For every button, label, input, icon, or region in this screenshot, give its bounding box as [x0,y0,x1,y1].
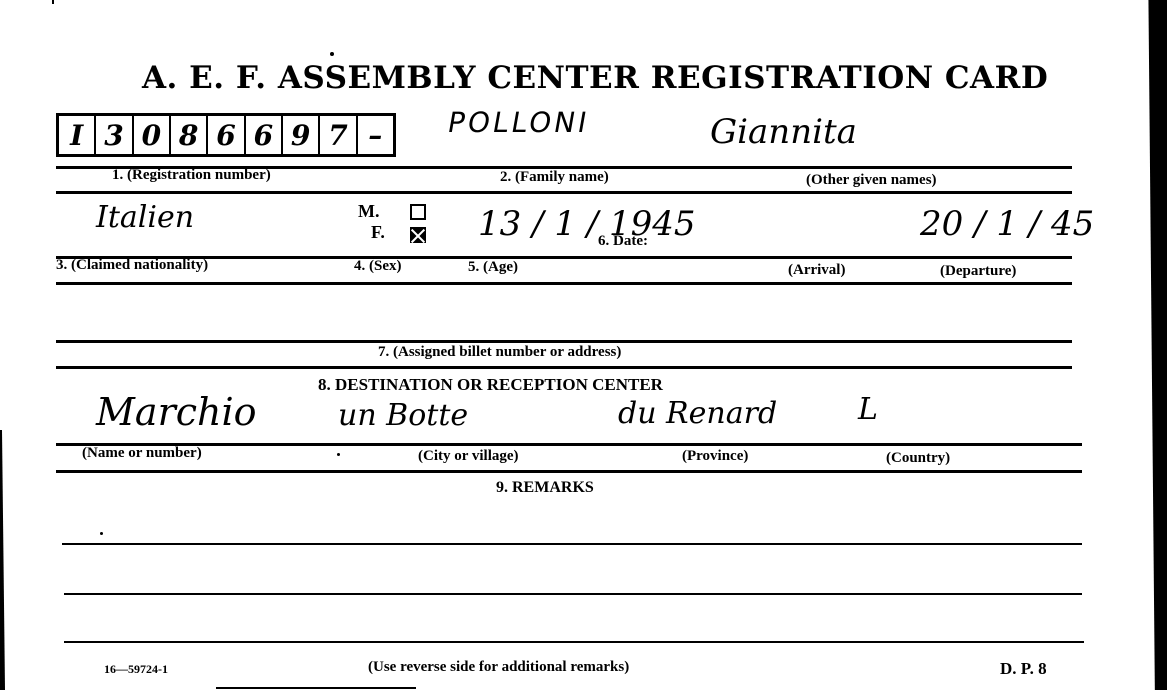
reg-digit: 3 [96,116,133,154]
sex-female-label: F. [371,222,385,243]
claimed-nationality-label: 3. (Claimed nationality) [56,257,208,274]
remarks-line[interactable] [64,593,1082,595]
destination-province-label: (Province) [682,448,748,465]
rule [56,191,1072,194]
registration-number-box[interactable]: I 3 0 8 6 6 9 7 – [56,113,396,157]
destination-province-value[interactable]: du Renard [618,396,777,431]
arrival-date-value[interactable]: 13 / 1 / 1945 [478,204,696,244]
claimed-nationality-value[interactable]: Italien [96,200,194,235]
reg-digit: 8 [171,116,208,154]
reg-digit: 6 [246,116,283,154]
remarks-line[interactable] [64,641,1084,643]
family-name-value[interactable]: POLLONI [445,106,592,139]
date-label: 6. Date: [598,233,648,250]
scan-speck [100,532,103,535]
sex-male-label: M. [358,201,380,222]
destination-name-value[interactable]: Marchio [96,390,257,434]
form-code: D. P. 8 [1000,659,1047,679]
sex-female-checkbox[interactable] [410,227,426,243]
rule [56,256,1072,259]
rule [56,470,1082,473]
departure-date-value[interactable]: 20 / 1 / 45 [920,204,1094,244]
destination-country-label: (Country) [886,450,950,467]
reg-digit: I [59,116,96,154]
scan-speck [337,453,340,456]
rule [56,340,1072,343]
other-given-names-label: (Other given names) [806,172,937,189]
remarks-line[interactable] [62,543,1082,545]
remarks-label: 9. REMARKS [496,479,594,497]
destination-city-value[interactable]: un Botte [338,398,468,433]
reg-digit: 7 [320,116,357,154]
footer-note: (Use reverse side for additional remarks… [368,659,629,676]
destination-name-label: (Name or number) [82,445,202,462]
reg-digit: 9 [283,116,320,154]
sex-label: 4. (Sex) [354,258,402,275]
arrival-label: (Arrival) [788,262,845,279]
scan-artifact [216,687,416,689]
form-number: 16—59724-1 [104,662,168,677]
scan-edge-left [0,430,5,690]
assigned-billet-label: 7. (Assigned billet number or address) [378,344,621,361]
destination-label: 8. DESTINATION OR RECEPTION CENTER [318,375,663,395]
card-title: A. E. F. ASSEMBLY CENTER REGISTRATION CA… [142,60,972,96]
family-name-label: 2. (Family name) [500,169,609,186]
reg-digit: – [358,116,393,154]
scan-speck [330,52,334,56]
destination-city-label: (City or village) [418,448,519,465]
age-label: 5. (Age) [468,259,518,276]
reg-digit: 0 [134,116,171,154]
departure-label: (Departure) [940,263,1016,280]
rule [56,282,1072,285]
reg-digit: 6 [208,116,245,154]
rule [56,443,1082,446]
destination-country-value[interactable]: L [858,392,878,427]
other-given-names-value[interactable]: Giannita [710,112,857,152]
rule [56,366,1072,369]
scan-artifact [52,0,54,4]
sex-male-checkbox[interactable] [410,204,426,220]
registration-number-label: 1. (Registration number) [112,167,271,184]
scan-edge-right [1135,0,1167,690]
